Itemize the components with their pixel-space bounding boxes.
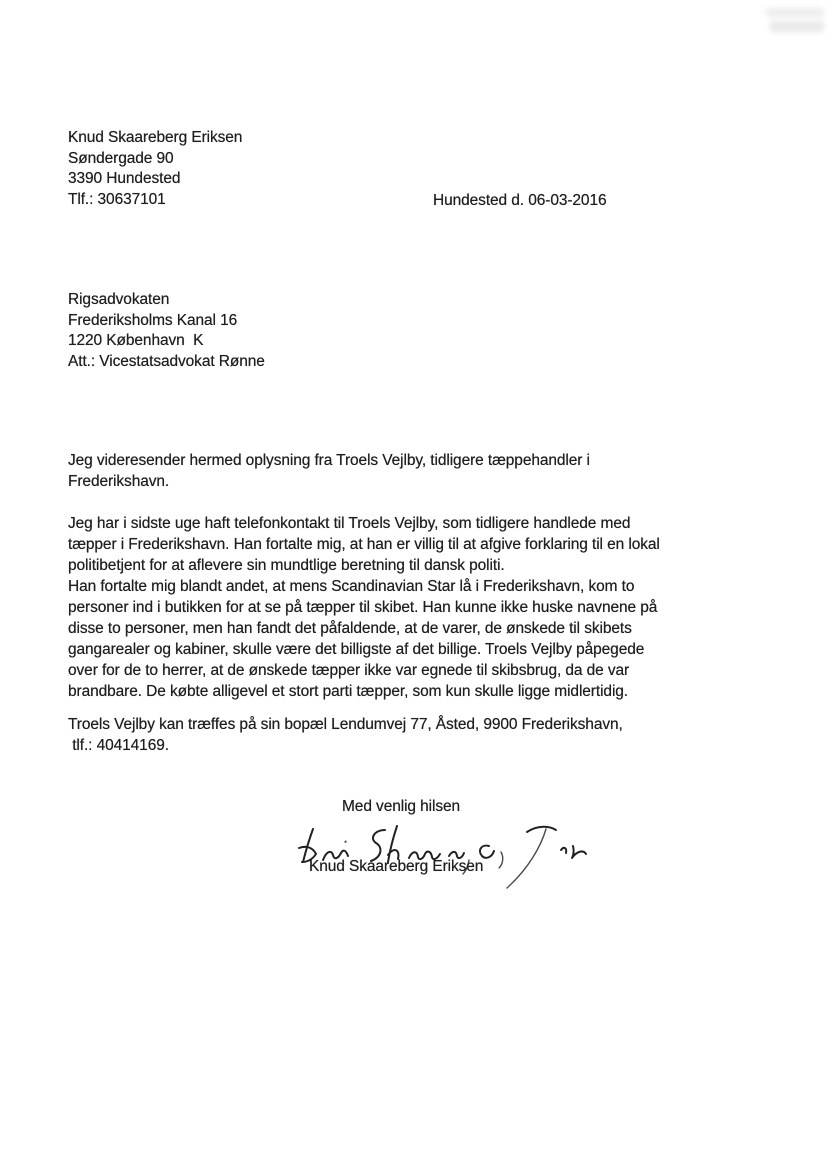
body-line: personer ind i butikken for at se på tæp… [68,597,660,618]
handwritten-signature [293,816,589,894]
body-line: Jeg videresender hermed oplysning fra Tr… [68,450,590,471]
body-line: Frederikshavn. [68,471,590,492]
body-paragraph-1: Jeg videresender hermed oplysning fra Tr… [68,450,590,492]
scan-artifact-smudge [766,8,824,17]
recipient-address-block: Rigsadvokaten Frederiksholms Kanal 16 12… [68,290,265,372]
recipient-city: 1220 København K [68,331,265,352]
body-line: Han fortalte mig blandt andet, at mens S… [68,576,660,597]
body-line: brandbare. De købte alligevel et stort p… [68,681,660,702]
recipient-name: Rigsadvokaten [68,290,265,311]
body-line: tæpper i Frederikshavn. Han fortalte mig… [68,534,660,555]
body-paragraph-2: Jeg har i sidste uge haft telefonkontakt… [68,513,660,702]
sender-address-block: Knud Skaareberg Eriksen Søndergade 90 33… [68,128,242,210]
body-line: politibetjent for at aflevere sin mundtl… [68,555,660,576]
sender-phone: Tlf.: 30637101 [68,190,242,211]
body-line: over for de to herrer, at de ønskede tæp… [68,660,660,681]
recipient-attention: Att.: Vicestatsadvokat Rønne [68,352,265,373]
sender-city: 3390 Hundested [68,169,242,190]
scan-artifact-smudge [770,21,824,32]
body-paragraph-3: Troels Vejlby kan træffes på sin bopæl L… [68,714,623,756]
body-line: disse to personer, men han fandt det påf… [68,618,660,639]
recipient-street: Frederiksholms Kanal 16 [68,311,265,332]
scanned-letter-page: Knud Skaareberg Eriksen Søndergade 90 33… [0,0,828,1169]
sender-street: Søndergade 90 [68,149,242,170]
body-line: tlf.: 40414169. [68,735,623,756]
body-line: Jeg har i sidste uge haft telefonkontakt… [68,513,660,534]
closing-salutation: Med venlig hilsen [342,796,460,817]
sender-name: Knud Skaareberg Eriksen [68,128,242,149]
signature-name: Knud Skaareberg Eriksen [309,856,483,877]
body-line: gangarealer og kabiner, skulle være det … [68,639,660,660]
body-line: Troels Vejlby kan træffes på sin bopæl L… [68,714,623,735]
dateline: Hundested d. 06-03-2016 [433,190,607,211]
